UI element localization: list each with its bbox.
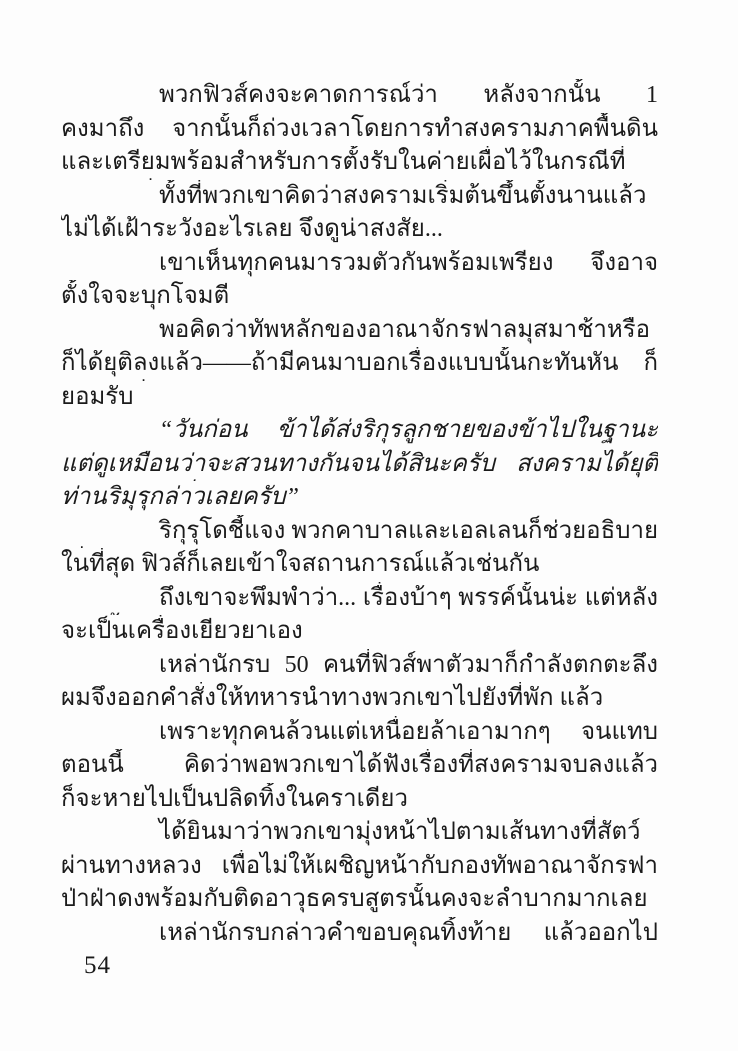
text-line: ริกุรุโดชี้แจง พวกคาบาลและเอลเลนก็ช่วยอธ… [61, 515, 658, 549]
page-number: 54 [84, 952, 111, 980]
text-line: ก็ได้ยุติลงแล้ว——ถ้ามีคนมาบอกเรื่องแบบนั… [61, 347, 658, 381]
text-line: ก็จะหายไปเป็นปลิดทิ้งในคราเดียว [61, 783, 658, 817]
text-line: คงมาถึง จากนั้นก็ถ่วงเวลาโดยการทำสงครามภ… [61, 113, 658, 147]
quote-line: ท่านริมุรุกล่าวเลยครับ” [61, 481, 658, 515]
text-line: เหล่านักรบกล่าวคำขอบคุณทิ้งท้าย แล้วออกไ… [61, 917, 658, 951]
text-line: ทั้งที่พวกเขาคิดว่าสงครามเริ่มต้นขึ้นตั้… [61, 180, 658, 214]
text-line: ตั้งใจจะบุกโจมตี [61, 280, 658, 314]
text-line: ป่าฝ่าดงพร้อมกับติดอาวุธครบสูตรนั้นคงจะล… [61, 883, 658, 917]
text-line: ตอนนี้ คิดว่าพอพวกเขาได้ฟังเรื่องที่สงคร… [61, 749, 658, 783]
quote-line: “วันก่อน ข้าได้ส่งริกุรลูกชายของข้าไปในฐ… [61, 414, 658, 448]
text-line: พอคิดว่าทัพหลักของอาณาจักรฟาลมุสมาช้าหรื… [61, 314, 658, 348]
text-line: จะเป็นเครื่องเยียวยาเอง [61, 615, 658, 649]
book-page: พวกฟิวส์คงจะคาดการณ์ว่า หลังจากนั้น 1 สั… [0, 0, 738, 1051]
text-line: เพราะทุกคนล้วนแต่เหนื่อยล้าเอามากๆ จนแทบ… [61, 716, 658, 750]
text-line: เขาเห็นทุกคนมารวมตัวกันพร้อมเพรียง จึงอา… [61, 247, 658, 281]
page-text: พวกฟิวส์คงจะคาดการณ์ว่า หลังจากนั้น 1 สั… [61, 79, 658, 950]
text-line: ในที่สุด ฟิวส์ก็เลยเข้าใจสถานการณ์แล้วเช… [61, 548, 658, 582]
text-line: ได้ยินมาว่าพวกเขามุ่งหน้าไปตามเส้นทางที่… [61, 816, 658, 850]
text-line: ผมจึงออกคำสั่งให้ทหารนำทางพวกเขาไปยังที่… [61, 682, 658, 716]
text-line: พวกฟิวส์คงจะคาดการณ์ว่า หลังจากนั้น 1 สั… [61, 79, 658, 113]
text-line: เหล่านักรบ 50 คนที่ฟิวส์พาตัวมาก็กำลังตก… [61, 649, 658, 683]
text-line: และเตรียมพร้อมสำหรับการตั้งรับในค่ายเผื่… [61, 146, 658, 180]
text-line: ผ่านทางหลวง เพื่อไม่ให้เผชิญหน้ากับกองทั… [61, 850, 658, 884]
text-line: ไม่ได้เฝ้าระวังอะไรเลย จึงดูน่าสงสัย... [61, 213, 658, 247]
quote-line: แต่ดูเหมือนว่าจะสวนทางกันจนได้สินะครับ ส… [61, 448, 658, 482]
text-line: ถึงเขาจะพึมพำว่า... เรื่องบ้าๆ พรรค์นั้น… [61, 582, 658, 616]
text-line: ยอมรับ [61, 381, 658, 415]
